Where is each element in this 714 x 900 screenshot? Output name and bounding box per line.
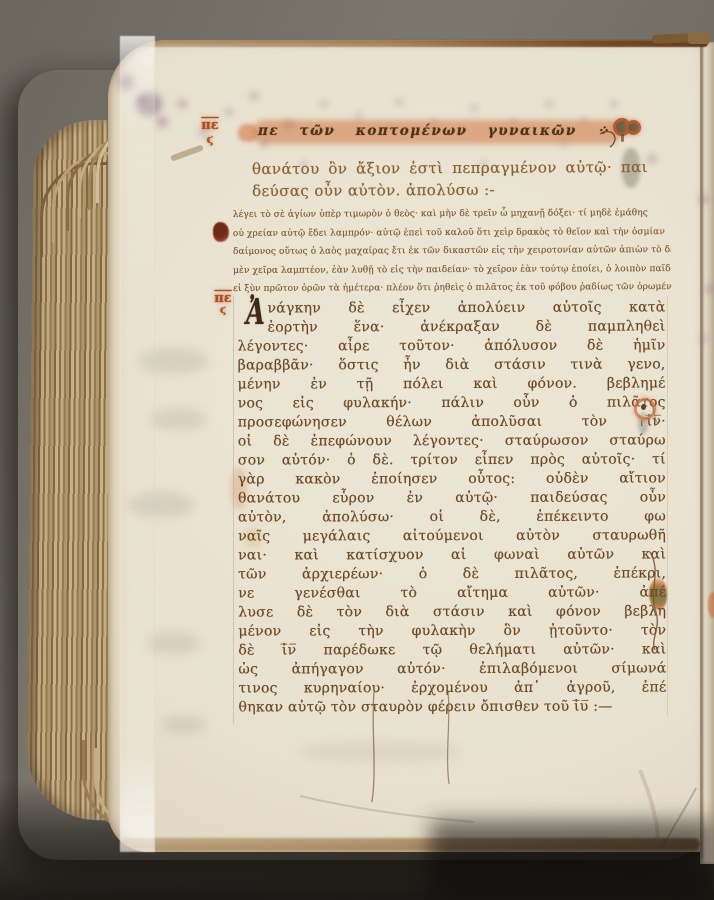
text-line: ἑορτὴν ἕνα· ἀνέκραξαν δὲ παμπληθεὶ [238, 317, 666, 337]
text-line: θηκαν αὐτῷ τὸν σταυρὸν φέρειν ὄπισθεν το… [238, 697, 666, 717]
running-title: πε τῶν κοπτομένων γυναικῶν ⁘ [258, 123, 610, 143]
incipit-block: θανάτου ὂν ἄξιον ἐστὶ πεπραγμένον αὐτῷ· … [252, 157, 648, 202]
text-line: λυσε δὲ τὸν διὰ στάσιν καὶ φόνον βεβλη [238, 602, 666, 622]
text-line: προσεφώνησεν θέλων ἀπολῦσαι τὸν ἰ̅ν̅· [238, 412, 666, 432]
scholion-line: οὐ χρείαν αὐτῷ ἔδει λαμπρόν· αὐτῷ ἐπεὶ τ… [233, 223, 671, 244]
edge-stain [708, 592, 714, 618]
vellum-guard-strip [120, 36, 155, 852]
text-line: βαραββᾶν· ὅστις ἦν διὰ στάσιν τινὰ γενο, [238, 355, 666, 375]
show-through-ghost [300, 742, 460, 762]
kephalaion-subscript: ϛ [197, 134, 223, 145]
text-line: τινος κυρηναίου· ἐρχομένου ἀπ᾽ ἀγροῦ, ἐπ… [238, 678, 666, 698]
text-line: μένην ἐν τῇ πόλει καὶ φόνον. βεβλημέ [238, 374, 666, 394]
gutter-fold-crease [701, 46, 703, 858]
text-line: λέγοντες· αἶρε τοῦτον· ἀπόλυσον δὲ ἡμῖν [238, 336, 666, 356]
ornament-tail [621, 134, 624, 142]
gospel-text-block: νάγκην δὲ εἶχεν ἀπολύειν αὐτοῖς κατὰ ἑορ… [237, 298, 666, 717]
section-mark-letter: ι [640, 418, 644, 429]
rubric-highlight [238, 124, 258, 142]
text-line: γὰρ κακὸν ἐποίησεν οὗτος: οὐδὲν αἴτιον [238, 469, 666, 489]
binding-debris [688, 32, 710, 44]
scholion-line: λέγει τὸ σὲ ἁγίων ὑπὲρ τιμωρὸν ὁ θεὸς· κ… [233, 204, 671, 225]
incipit-line: δεύσας οὖν αὐτὸν. ἀπολύσω :- [252, 178, 648, 202]
text-line: ὡς ἀπήγαγον αὐτόν· ἐπιλαβόμενοι σίμωνά [238, 659, 666, 679]
text-line: νάγκην δὲ εἶχεν ἀπολύειν αὐτοῖς κατὰ [237, 298, 665, 318]
scholion-line: εἰ ξὺν πρῶτον ὁρῶν τὰ ἡμέτερα· πλέον ὅτι… [233, 278, 671, 299]
ornament-ring-icon [626, 120, 641, 135]
background-shadow-right [430, 820, 714, 900]
text-line: ναι· καὶ κατίσχυον αἱ φωναὶ αὐτῶν καὶ [238, 545, 666, 565]
ink-blob-stain [213, 222, 229, 242]
text-line: μένον εἰς τὴν φυλακὴν ὃν ᾐτοῦντο· τὸν [238, 621, 666, 641]
section-mark-dot [641, 404, 646, 410]
show-through-ghost [150, 408, 206, 430]
text-line: νε γενέσθαι τὸ αἴτημα αὐτῶν· ἀπέ [238, 583, 666, 603]
text-line: ναῖς μεγάλαις αἰτούμενοι αὐτὸν σταυρωθῆ [238, 526, 666, 546]
text-line: θανάτου εὗρον ἐν αὐτῷ· παιδεύσας οὖν [238, 488, 666, 508]
ruling-line [667, 296, 668, 716]
section-number-mark-icon [634, 398, 656, 420]
scholion-line: δαίμονος οὕτως ὁ λαὸς μαχαίρας ἔτι ἐκ τῶ… [233, 241, 671, 262]
quire-ornament-icon [613, 118, 643, 148]
incipit-line: θανάτου ὂν ἄξιον ἐστὶ πεπραγμένον αὐτῷ· … [252, 157, 648, 181]
text-line: οἱ δὲ ἐπεφώνουν λέγοντες· σταύρωσον σταύ… [238, 431, 666, 451]
scholion-block: λέγει τὸ σὲ ἁγίων ὑπὲρ τιμωρὸν ὁ θεὸς· κ… [233, 204, 671, 299]
ruling-line [233, 296, 234, 724]
text-line: τῶν ἀρχιερέων· ὁ δὲ πιλᾶτος, ἐπέκρι, [238, 564, 666, 584]
browned-top-edge [120, 40, 708, 47]
kephalaion-number: πε [197, 119, 223, 132]
text-line: σον αὐτόν· ὁ δὲ. τρίτον εἶπεν πρὸς αὐτοῖ… [238, 450, 666, 470]
text-line: δὲ ἰ̅ν̅ παρέδωκε τῷ θελήματι αὐτῶν· καὶ [238, 640, 666, 660]
scholion-line: μὲν χεῖρα λαμπτέον, ἐὰν λυθῇ τὸ εἰς τὴν … [233, 260, 671, 281]
text-line: αὐτὸν, ἀπολύσω· οἱ δὲ, ἐπέκειντο φω [238, 507, 666, 527]
show-through-ghost [162, 716, 206, 734]
text-line: νος εἰς φυλακήν· πάλιν οὖν ὁ πιλᾶτος [238, 393, 666, 413]
kephalaion-number-mark: πε ϛ [197, 119, 223, 145]
